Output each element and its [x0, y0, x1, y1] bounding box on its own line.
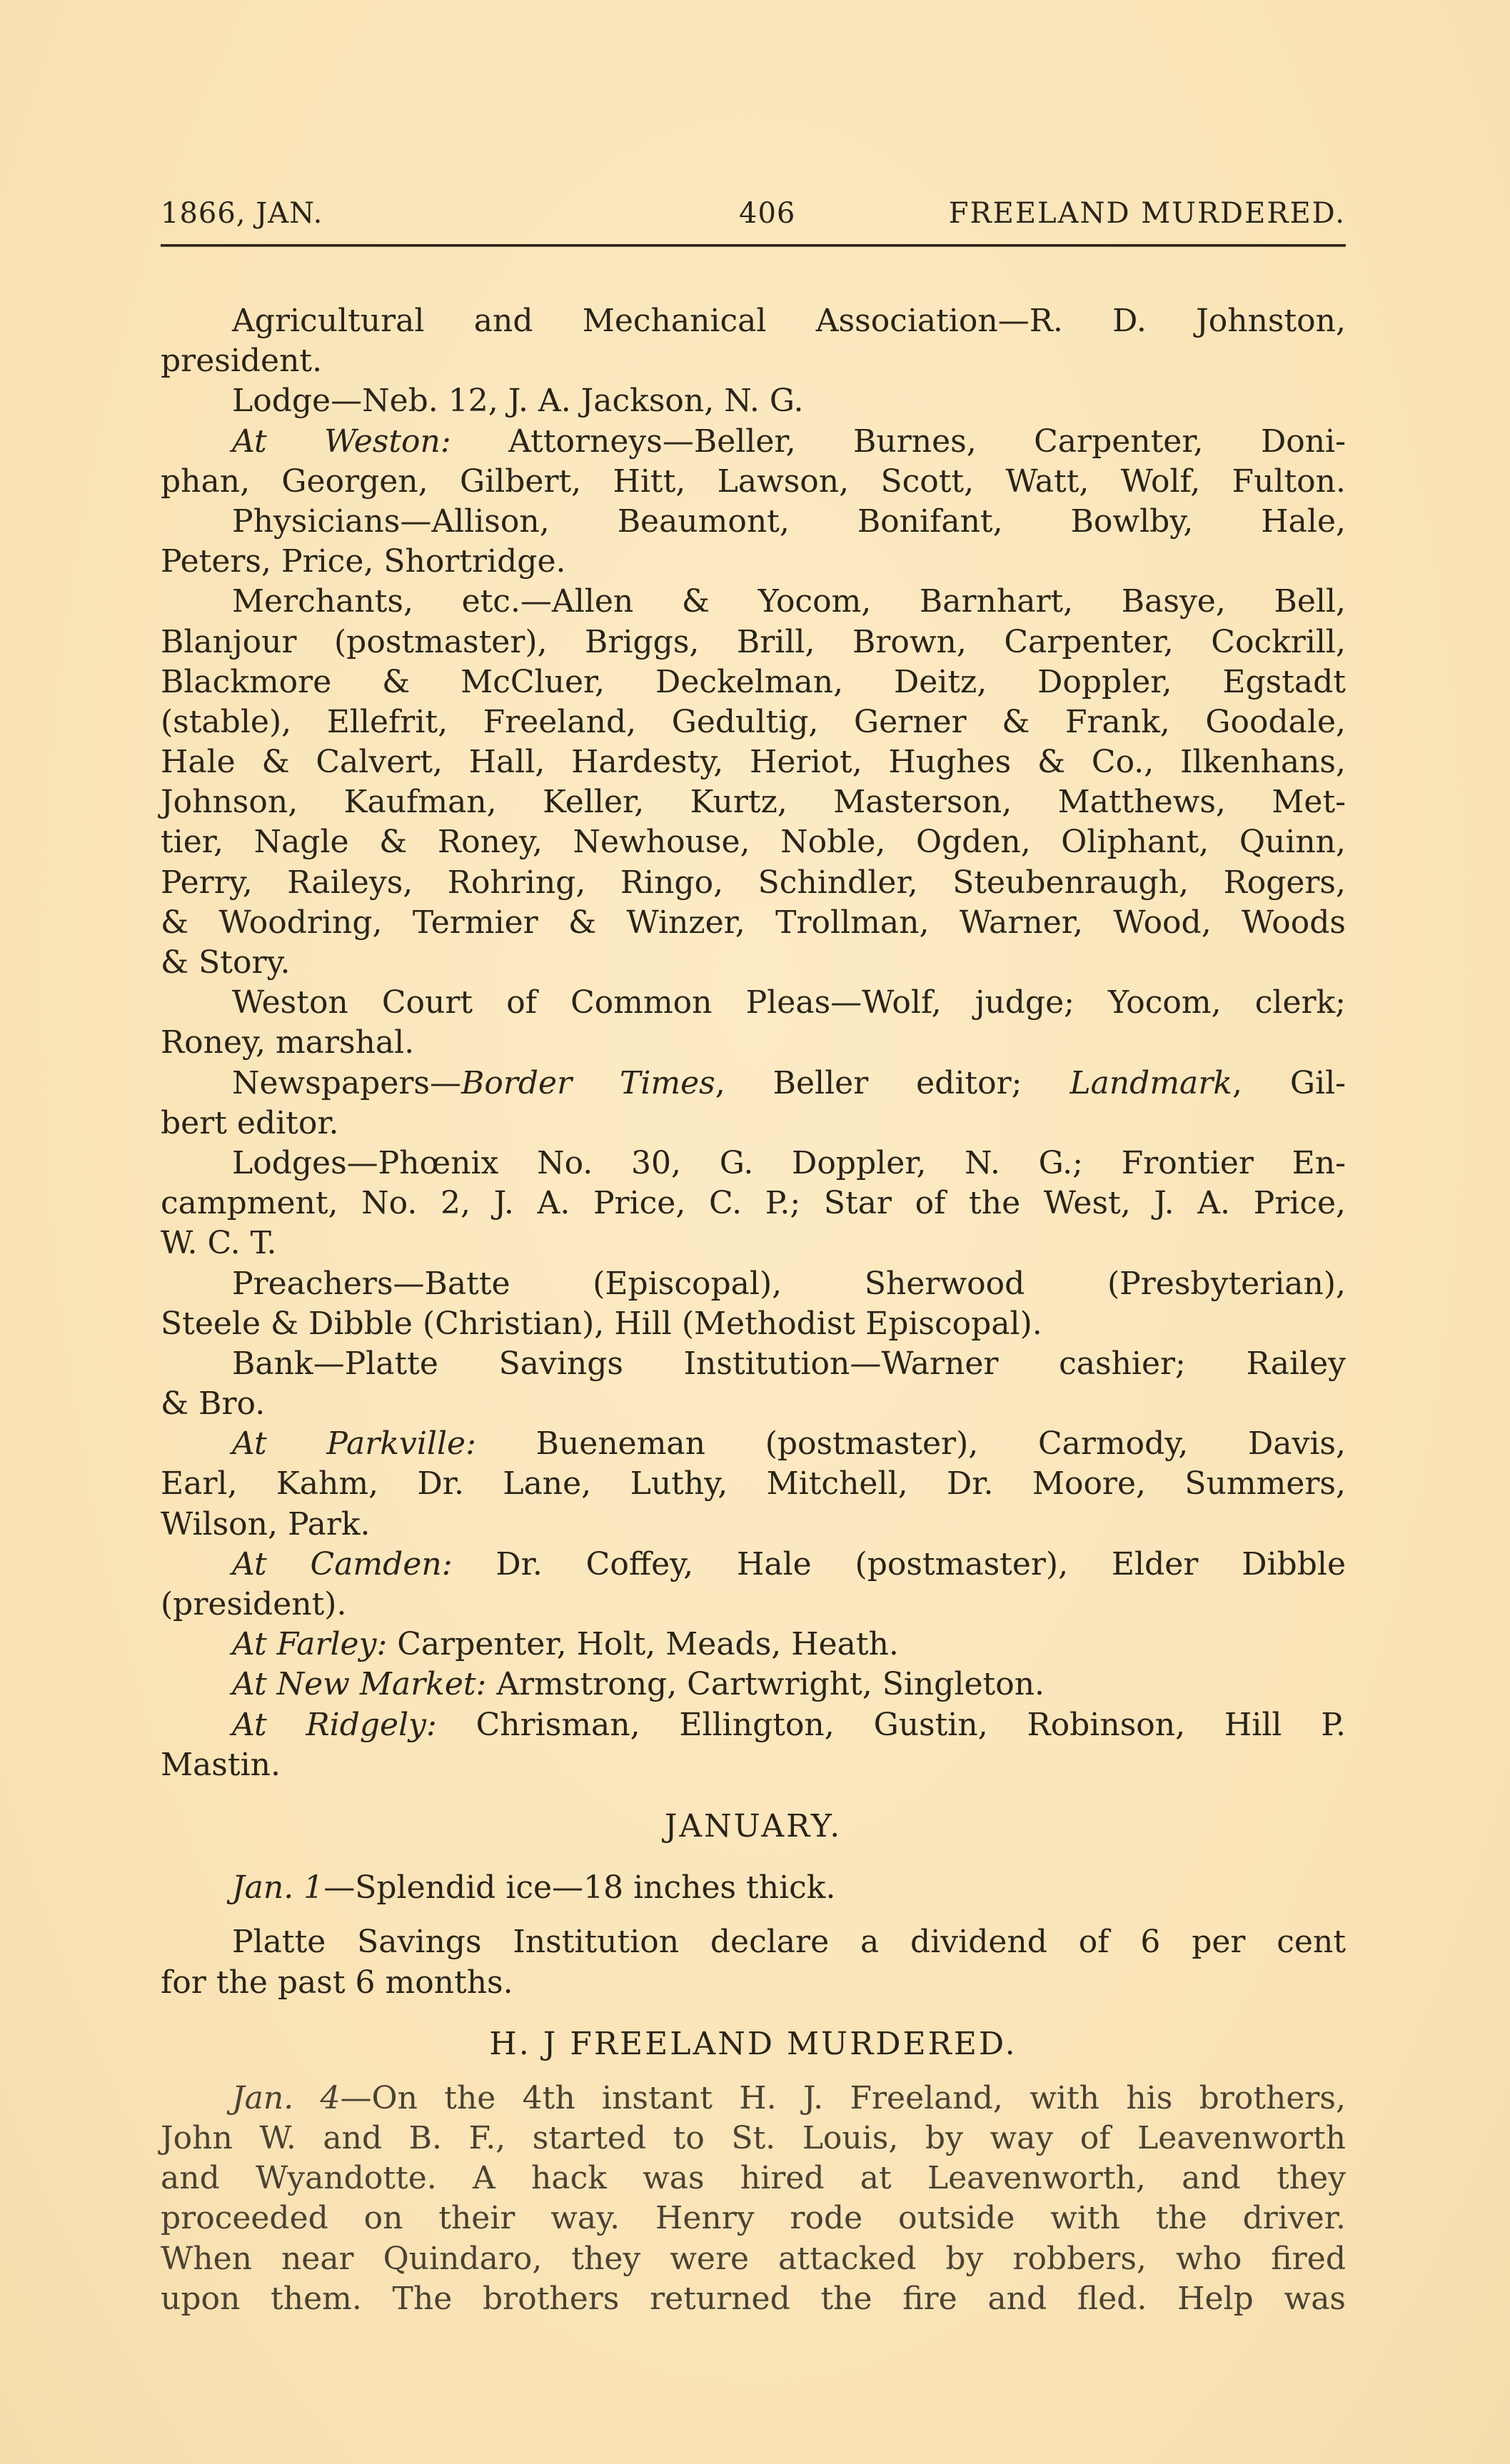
text-line: campment, No. 2, J. A. Price, C. P.; Sta…	[161, 1183, 1346, 1223]
text-line: When near Quindaro, they were attacked b…	[161, 2239, 1346, 2279]
place-name-parkville: At Parkville:	[232, 1425, 476, 1462]
running-head: 1866, JAN. 406 FREELAND MURDERED.	[161, 193, 1346, 236]
text-line: and Wyandotte. A hack was hired at Leave…	[161, 2158, 1346, 2198]
text-line: Johnson, Kaufman, Keller, Kurtz, Masters…	[161, 782, 1346, 822]
text-line: At Parkville: Bueneman (postmaster), Car…	[161, 1424, 1346, 1464]
text-line: At Farley: Carpenter, Holt, Meads, Heath…	[161, 1625, 1346, 1665]
text-line: Newspapers—Border Times, Beller editor; …	[161, 1064, 1346, 1104]
paragraph-agricultural-association: Agricultural and Mechanical Association—…	[161, 301, 1346, 381]
paragraph-bank: Bank—Platte Savings Institution—Warner c…	[161, 1344, 1346, 1424]
newspaper-title-border-times: Border Times	[461, 1065, 715, 1101]
text-line: Perry, Raileys, Rohring, Ringo, Schindle…	[161, 863, 1346, 903]
text-line: bert editor.	[161, 1104, 1346, 1143]
text-line: At Camden: Dr. Coffey, Hale (postmaster)…	[161, 1545, 1346, 1585]
text-line: Wilson, Park.	[161, 1505, 1346, 1545]
text-line: W. C. T.	[161, 1223, 1346, 1263]
text-line: At New Market: Armstrong, Cartwright, Si…	[161, 1665, 1346, 1705]
paragraph-lodges: Lodges—Phœnix No. 30, G. Doppler, N. G.;…	[161, 1143, 1346, 1264]
paragraph-farley: At Farley: Carpenter, Holt, Meads, Heath…	[161, 1625, 1346, 1665]
text-line: Peters, Price, Shortridge.	[161, 542, 1346, 582]
text-line: upon them. The brothers returned the fir…	[161, 2279, 1346, 2319]
paragraph-lodge: Lodge—Neb. 12, J. A. Jackson, N. G.	[161, 381, 1346, 421]
text-line: & Story.	[161, 943, 1346, 983]
book-page: 1866, JAN. 406 FREELAND MURDERED. Agricu…	[161, 193, 1346, 236]
paragraph-merchants: Merchants, etc.—Allen & Yocom, Barnhart,…	[161, 582, 1346, 983]
place-name-farley: At Farley:	[232, 1626, 387, 1662]
text-line: At Ridgely: Chrisman, Ellington, Gustin,…	[161, 1705, 1346, 1745]
text-line: Steele & Dibble (Christian), Hill (Metho…	[161, 1304, 1346, 1344]
newspaper-title-landmark: Landmark	[1069, 1065, 1232, 1101]
paragraph-preachers: Preachers—Batte (Episcopal), Sherwood (P…	[161, 1264, 1346, 1344]
spacer	[161, 1847, 1346, 1868]
place-name-weston: At Weston:	[232, 423, 451, 460]
place-name-new-market: At New Market:	[232, 1666, 486, 1702]
text-line: president.	[161, 341, 1346, 381]
text-line: Hale & Calvert, Hall, Hardesty, Heriot, …	[161, 742, 1346, 782]
paragraph-parkville: At Parkville: Bueneman (postmaster), Car…	[161, 1424, 1346, 1545]
text-line: Bank—Platte Savings Institution—Warner c…	[161, 1344, 1346, 1384]
paragraph-dividend: Platte Savings Institution declare a div…	[161, 1922, 1346, 2002]
text-line: Blanjour (postmaster), Briggs, Brill, Br…	[161, 622, 1346, 662]
text-line: (stable), Ellefrit, Freeland, Gedultig, …	[161, 702, 1346, 742]
spacer	[161, 1785, 1346, 1807]
paragraph-newspapers: Newspapers—Border Times, Beller editor; …	[161, 1064, 1346, 1143]
text-line: tier, Nagle & Roney, Newhouse, Noble, Og…	[161, 822, 1346, 862]
running-head-date: 1866, JAN.	[161, 197, 323, 230]
paragraph-freeland-account: Jan. 4—On the 4th instant H. J. Freeland…	[161, 2079, 1346, 2319]
entry-date: Jan. 4	[232, 2080, 341, 2116]
spacer	[161, 1908, 1346, 1922]
text-line: Mastin.	[161, 1745, 1346, 1785]
running-head-title: FREELAND MURDERED.	[949, 197, 1346, 230]
spacer	[161, 2064, 1346, 2079]
text-line: Platte Savings Institution declare a div…	[161, 1922, 1346, 1962]
text-line: Jan. 4—On the 4th instant H. J. Freeland…	[161, 2079, 1346, 2119]
text-line: for the past 6 months.	[161, 1963, 1346, 2003]
text-line: proceeded on their way. Henry rode outsi…	[161, 2198, 1346, 2238]
text-line: Jan. 1—Splendid ice—18 inches thick.	[161, 1868, 1346, 1908]
text-line: Blackmore & McCluer, Deckelman, Deitz, D…	[161, 662, 1346, 702]
place-name-ridgely: At Ridgely:	[232, 1707, 437, 1743]
page-number: 406	[739, 197, 795, 230]
text-line: phan, Georgen, Gilbert, Hitt, Lawson, Sc…	[161, 462, 1346, 502]
paragraph-physicians: Physicians—Allison, Beaumont, Bonifant, …	[161, 502, 1346, 582]
page-body: Agricultural and Mechanical Association—…	[161, 301, 1346, 2319]
spacer	[161, 2003, 1346, 2024]
text-line: Lodge—Neb. 12, J. A. Jackson, N. G.	[161, 381, 1346, 421]
text-line: Agricultural and Mechanical Association—…	[161, 301, 1346, 341]
text-line: At Weston: Attorneys—Beller, Burnes, Car…	[161, 422, 1346, 462]
text-line: (president).	[161, 1585, 1346, 1625]
entry-date: Jan. 1	[232, 1869, 323, 1906]
text-line: Lodges—Phœnix No. 30, G. Doppler, N. G.;…	[161, 1143, 1346, 1183]
text-line: Preachers—Batte (Episcopal), Sherwood (P…	[161, 1264, 1346, 1304]
text-line: & Woodring, Termier & Winzer, Trollman, …	[161, 903, 1346, 943]
text-line: Roney, marshal.	[161, 1023, 1346, 1063]
header-rule	[161, 244, 1346, 247]
text-line: Earl, Kahm, Dr. Lane, Luthy, Mitchell, D…	[161, 1464, 1346, 1504]
paragraph-ridgely: At Ridgely: Chrisman, Ellington, Gustin,…	[161, 1705, 1346, 1785]
text-line: John W. and B. F., started to St. Louis,…	[161, 2119, 1346, 2158]
section-heading-january: JANUARY.	[161, 1807, 1346, 1847]
text-line: Merchants, etc.—Allen & Yocom, Barnhart,…	[161, 582, 1346, 622]
text-line: & Bro.	[161, 1384, 1346, 1424]
section-heading-freeland-murdered: H. J FREELAND MURDERED.	[161, 2024, 1346, 2064]
paragraph-court: Weston Court of Common Pleas—Wolf, judge…	[161, 983, 1346, 1063]
paragraph-weston-attorneys: At Weston: Attorneys—Beller, Burnes, Car…	[161, 422, 1346, 502]
text-line: Weston Court of Common Pleas—Wolf, judge…	[161, 983, 1346, 1023]
text-line: Physicians—Allison, Beaumont, Bonifant, …	[161, 502, 1346, 542]
entry-jan-1: Jan. 1—Splendid ice—18 inches thick.	[161, 1868, 1346, 1908]
place-name-camden: At Camden:	[232, 1546, 453, 1582]
paragraph-camden: At Camden: Dr. Coffey, Hale (postmaster)…	[161, 1545, 1346, 1625]
paragraph-new-market: At New Market: Armstrong, Cartwright, Si…	[161, 1665, 1346, 1705]
